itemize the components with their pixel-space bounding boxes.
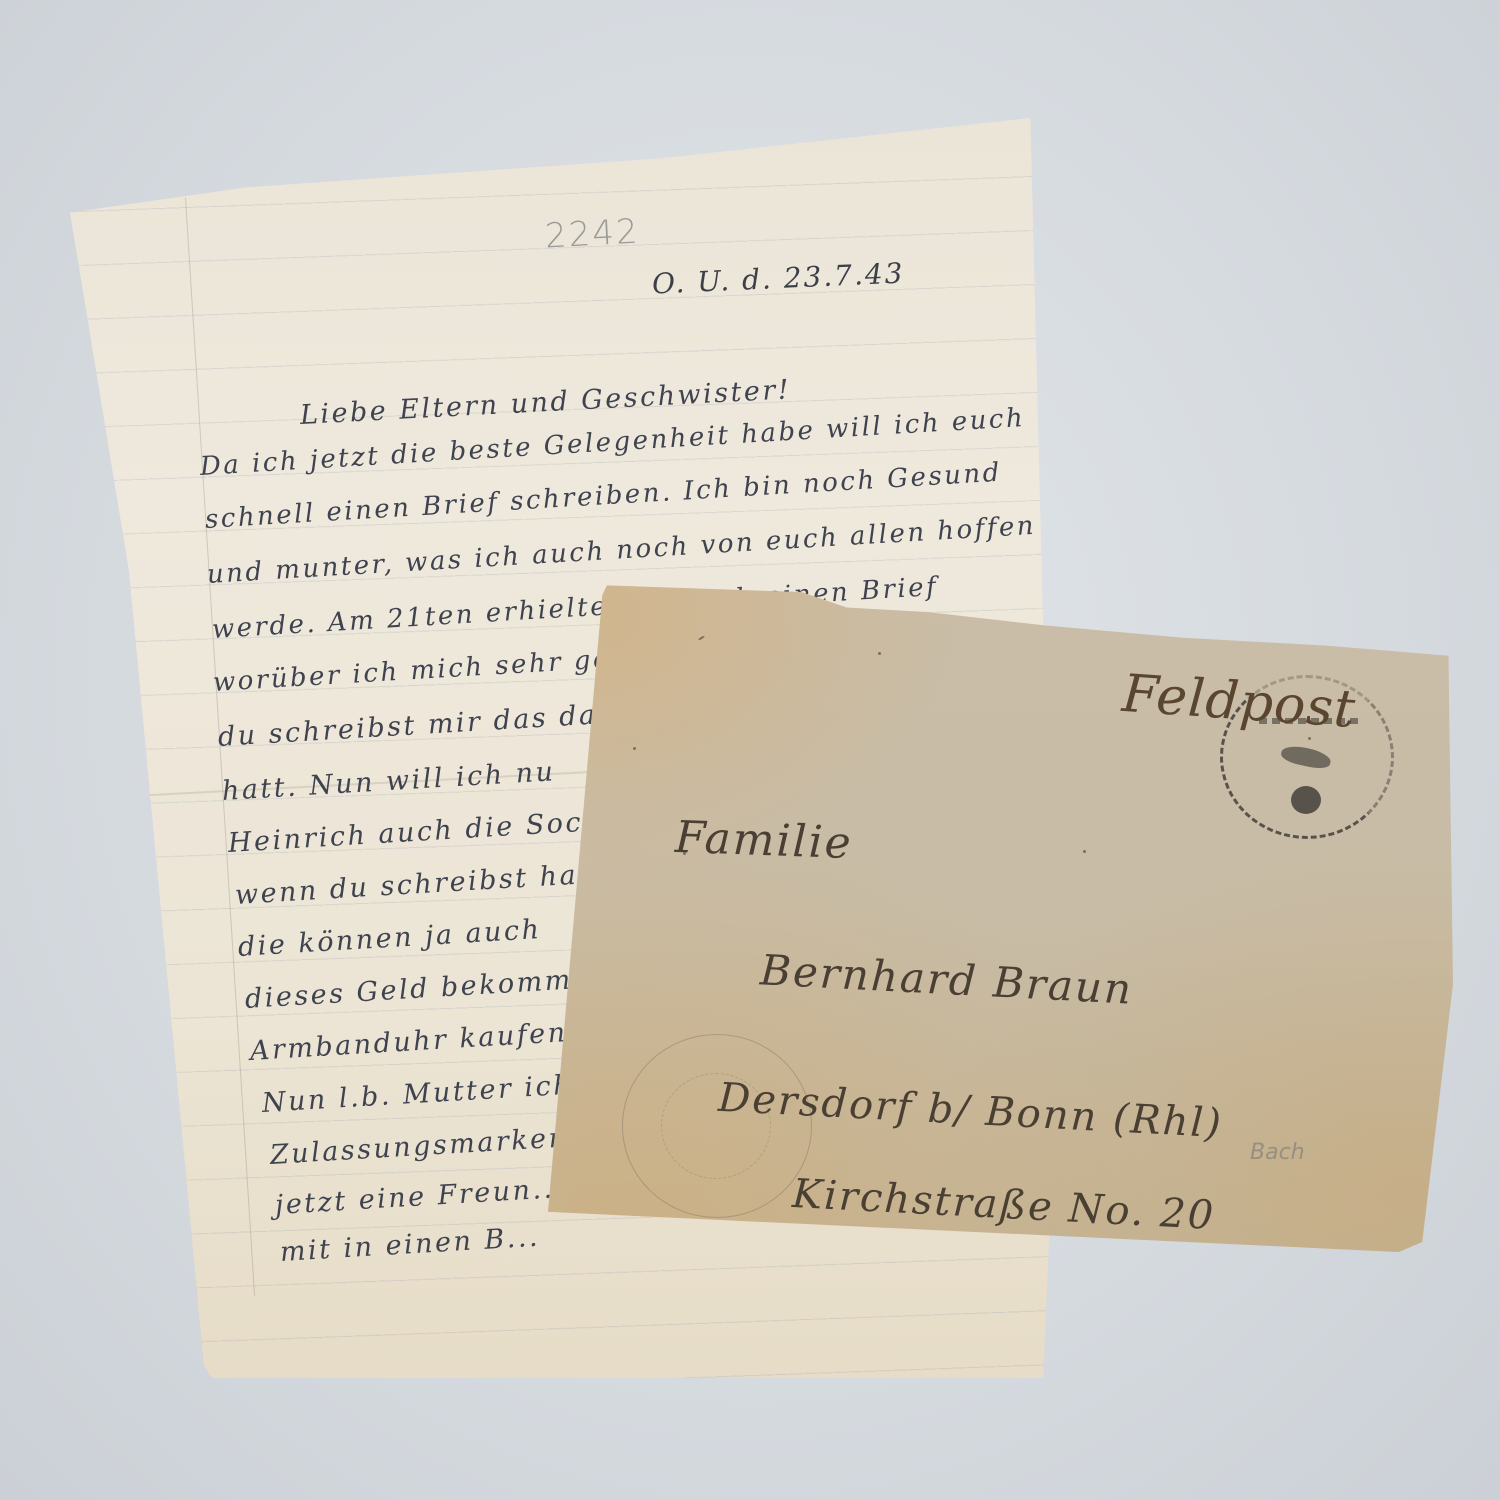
wreath-emblem-icon <box>1291 786 1321 814</box>
recipient-line-1: Familie <box>674 812 853 869</box>
archive-number: 2242 <box>544 212 640 257</box>
paper-speck <box>1083 850 1086 853</box>
paper-speck <box>698 635 705 640</box>
eagle-emblem-icon <box>1280 743 1333 771</box>
paper-speck <box>633 747 636 750</box>
unit-stamp <box>622 1034 812 1218</box>
pencil-note: Bach <box>1250 1140 1305 1165</box>
paper-speck <box>878 652 881 655</box>
